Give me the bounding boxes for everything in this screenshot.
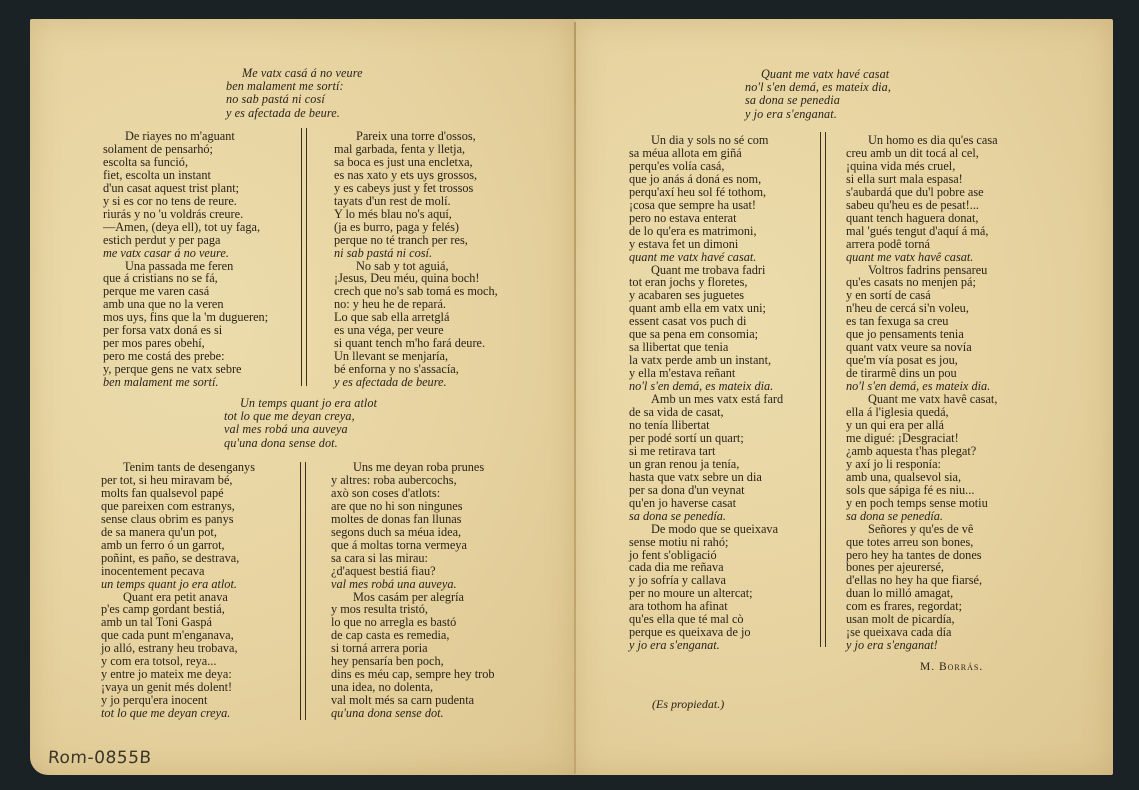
verse-line: arrera podê torná xyxy=(846,238,998,251)
verse-line: y es cabeys just y fet trossos xyxy=(334,182,498,195)
page-fold xyxy=(574,22,576,774)
verse-line: s'aubardá que du'l pobre ase xyxy=(846,186,998,199)
verse-line: escolta sa funció, xyxy=(103,156,268,169)
verse-line: ¿amb aquesta t'has plegat? xyxy=(846,445,998,458)
verse-line: inocentement pecava xyxy=(101,565,255,578)
epigraph-line: no sab pastá ni cosí xyxy=(226,93,363,106)
verse-line: tayats d'un rest de molí. xyxy=(334,195,498,208)
verse-line: are que no hi son ningunes xyxy=(331,500,495,513)
verse-line: sa dona se penedía. xyxy=(846,510,998,523)
column-divider xyxy=(820,132,826,647)
verse-line: ben malament me sortí. xyxy=(103,376,268,389)
verse-line: Pareix una torre d'ossos, xyxy=(334,130,498,143)
copyright-note: (Es propiedat.) xyxy=(652,697,724,712)
verse-line: y jo era s'enganat. xyxy=(629,639,783,652)
epigraph-2: Un temps quant jo era atlottot lo que me… xyxy=(224,397,377,450)
verse-line: fiet, escolta un instant xyxy=(103,169,268,182)
verse-line: perque no té tranch per res, xyxy=(334,234,498,247)
verse-line: Y lo més blau no's aquí, xyxy=(334,208,498,221)
verse-line: y jo era s'enganat! xyxy=(846,639,998,652)
verse-line: si ella surt mala espasa! xyxy=(846,173,998,186)
verse-line: que pareixen com estranys, xyxy=(101,500,255,513)
verse-line: tot lo que me deyan creya. xyxy=(101,707,255,720)
archive-id-label: Rom-0855B xyxy=(47,748,152,768)
verse-line: perqu'es volía casá, xyxy=(629,160,783,173)
epigraph-line: sa dona se penedia xyxy=(745,94,891,107)
verse-line: sense claus obrim es panys xyxy=(101,513,255,526)
epigraph-1: Me vatx casá á no veureben malament me s… xyxy=(226,67,363,120)
verse-line: De riayes no m'aguant xyxy=(103,130,268,143)
verse-line: riurás y no 'u voldrás creure. xyxy=(103,208,268,221)
verse-line: es nas xato y ets uys grossos, xyxy=(334,169,498,182)
poem-column-6: Un homo es dia qu'es casacreu amb un dit… xyxy=(846,134,998,652)
verse-line: y en poch temps sense motiu xyxy=(846,497,998,510)
verse-line: De modo que se queixava xyxy=(629,523,783,536)
verse-line: pero no estava enterat xyxy=(629,212,783,225)
verse-line: si me retirava tart xyxy=(629,445,783,458)
verse-line: per sa dona d'un veynat xyxy=(629,484,783,497)
verse-line: Un dia y sols no sé com xyxy=(629,134,783,147)
verse-line: qu'en jo haverse casat xyxy=(629,497,783,510)
verse-line: amb una, qualsevol sia, xyxy=(846,471,998,484)
epigraph-line: qu'una dona sense dot. xyxy=(224,437,377,450)
poem-column-2: Pareix una torre d'ossos,mal garbada, fe… xyxy=(334,130,498,389)
verse-line: solament de pensarhó; xyxy=(103,143,268,156)
verse-line: sa cara si las mirau: xyxy=(331,552,495,565)
epigraph-line: y jo era s'enganat. xyxy=(745,108,891,121)
verse-line: Tenim tants de desenganys xyxy=(101,461,255,474)
verse-line: sa boca es just una encletxa, xyxy=(334,156,498,169)
epigraph-line: y es afectada de beure. xyxy=(226,107,363,120)
verse-line: creu amb un dit tocá al cel, xyxy=(846,147,998,160)
verse-line: segons duch sa méua idea, xyxy=(331,526,495,539)
verse-line: sense motiu ni rahó; xyxy=(629,536,783,549)
verse-line: Un homo es dia qu'es casa xyxy=(846,134,998,147)
author-signature: M. Borrás. xyxy=(920,661,983,673)
verse-line: y un qui era per allá xyxy=(846,419,998,432)
verse-line: y axí jo li responía: xyxy=(846,458,998,471)
verse-line: me digué: ¡Desgraciat! xyxy=(846,432,998,445)
verse-line: y altres: roba aubercochs, xyxy=(331,474,495,487)
verse-line: sa dona se penedía. xyxy=(629,510,783,523)
verse-line: ¿d'aquest bestiá fiau? xyxy=(331,565,495,578)
verse-line: no tenía llibertat xyxy=(629,419,783,432)
verse-line: sa méua allota em giñá xyxy=(629,147,783,160)
verse-line: sabeu qu'heu es de pesat!... xyxy=(846,199,998,212)
verse-line: moltes de donas fan llunas xyxy=(331,513,495,526)
verse-line: un temps quant jo era atlot. xyxy=(101,578,255,591)
verse-line: de lo qu'era es matrimoni, xyxy=(629,225,783,238)
verse-line: ¡quina vida més cruel, xyxy=(846,160,998,173)
verse-line: Señores y qu'es de vê xyxy=(846,523,998,536)
verse-line: un gran renou ja tenía, xyxy=(629,458,783,471)
verse-line: hasta que vatx sebre un dia xyxy=(629,471,783,484)
verse-line: (ja es burro, paga y felés) xyxy=(334,221,498,234)
verse-line: Uns me deyan roba prunes xyxy=(331,461,495,474)
poem-column-3: Tenim tants de desenganysper tot, si heu… xyxy=(101,461,255,720)
verse-line: que á moltas torna vermeya xyxy=(331,539,495,552)
epigraph-line: val mes robá una auveya xyxy=(224,423,377,436)
column-divider xyxy=(301,128,307,386)
verse-line: sols que sápiga fé es niu... xyxy=(846,484,998,497)
poem-column-1: De riayes no m'aguantsolament de pensarh… xyxy=(103,130,268,389)
verse-line: ni sab pastá ni cosí. xyxy=(334,247,498,260)
verse-line: quant me vatx havê casat. xyxy=(846,251,998,264)
verse-line: que jo anás á doná es nom, xyxy=(629,173,783,186)
verse-line: mal garbada, fenta y lletja, xyxy=(334,143,498,156)
verse-line: estich perdut y per paga xyxy=(103,234,268,247)
verse-line: y es afectada de beure. xyxy=(334,376,498,389)
verse-line: de sa manera qu'un pot, xyxy=(101,526,255,539)
verse-line: quant me vatx havé casat. xyxy=(629,251,783,264)
verse-line: perqu'axí heu sol fé tothom, xyxy=(629,186,783,199)
column-divider xyxy=(300,462,306,720)
verse-line: que totes arreu son bones, xyxy=(846,536,998,549)
verse-line: y si es cor no tens de reure. xyxy=(103,195,268,208)
verse-line: ¡cosa que sempre ha usat! xyxy=(629,199,783,212)
verse-line: qu'una dona sense dot. xyxy=(331,707,495,720)
verse-line: molts fan qualsevol papé xyxy=(101,487,255,500)
poem-column-5: Un dia y sols no sé comsa méua allota em… xyxy=(629,134,783,652)
verse-line: axò son coses d'atlots: xyxy=(331,487,495,500)
verse-line: amb un ferro ó un garrot, xyxy=(101,539,255,552)
verse-line: per podé sortí un quart; xyxy=(629,432,783,445)
verse-line: y estava fet un dimoni xyxy=(629,238,783,251)
verse-line: quant tench haguera donat, xyxy=(846,212,998,225)
verse-line: poñint, es paño, se destrava, xyxy=(101,552,255,565)
poem-column-4: Uns me deyan roba prunesy altres: roba a… xyxy=(331,461,495,720)
verse-line: per tot, si heu miravam bé, xyxy=(101,474,255,487)
verse-line: me vatx casar á no veure. xyxy=(103,247,268,260)
epigraph-right: Quant me vatx havé casatno'l s'en demá, … xyxy=(745,68,891,121)
verse-line: val mes robá una auveya. xyxy=(331,578,495,591)
verse-line: mal 'gués tengut d'aquí á má, xyxy=(846,225,998,238)
verse-line: —Amen, (deya ell), tot uy faga, xyxy=(103,221,268,234)
verse-line: d'un casat aquest trist plant; xyxy=(103,182,268,195)
